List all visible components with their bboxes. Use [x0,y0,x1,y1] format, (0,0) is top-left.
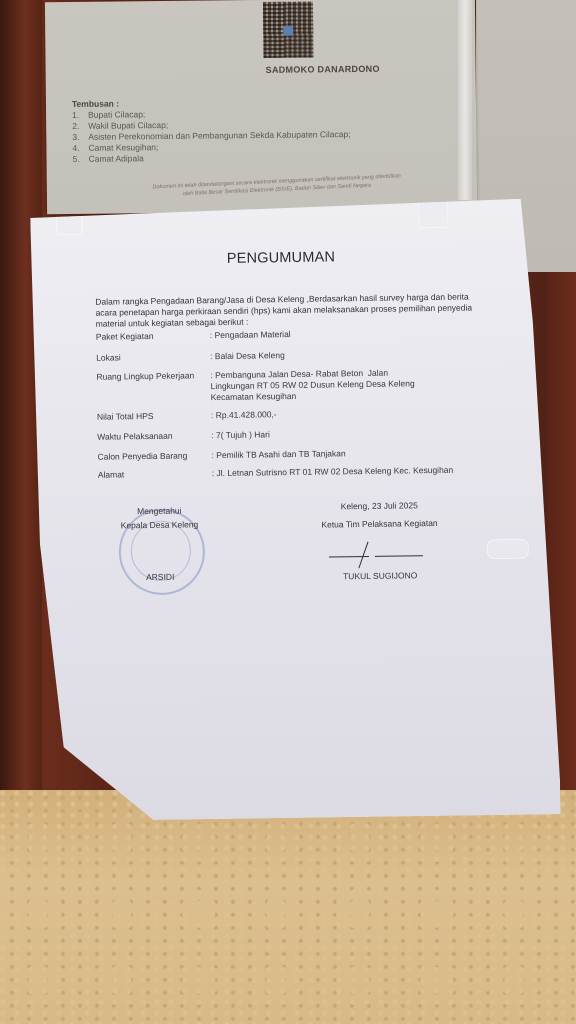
village-head-name: ARSIDI [105,571,215,583]
tape-side [487,539,529,560]
announcement-paper: PENGUMUMAN Dalam rangka Pengadaan Barang… [30,198,561,821]
place-date: Keleng, 23 Juli 2025 [304,500,454,512]
field-calon-penyedia: Calon Penyedia Barang: Pemilik TB Asahi … [97,446,481,462]
signature-block-left: Mengetahui Kepala Desa Keleng ARSIDI [104,505,215,583]
notice-intro: Dalam rangka Pengadaan Barang/Jasa di De… [95,291,475,329]
qr-logo-icon [283,26,293,36]
cc-list: Tembusan : 1.Bupati Cilacap; 2.Wakil Bup… [72,96,351,165]
field-ruang-lingkup: Ruang Lingkup Pekerjaan: Pembanguna Jala… [96,367,425,405]
field-alamat: Alamat: Jl. Letnan Sutrisno RT 01 RW 02 … [98,464,482,480]
signature-block-right: Keleng, 23 Juli 2025 Ketua Tim Pelaksana… [304,500,455,582]
acknowledged-label: Mengetahui [104,505,214,517]
qr-code [263,1,314,58]
village-head-title: Kepala Desa Keleng [104,519,214,531]
cc-items: 1.Bupati Cilacap; 2.Wakil Bupati Cilacap… [72,107,351,165]
field-lokasi: Lokasi: Balai Desa Keleng [96,347,480,363]
old-document-signer: SADMOKO DANARDONO [266,64,380,75]
plastic-sheen [458,0,472,200]
committee-head-name: TUKUL SUGIJONO [305,570,455,582]
notice-title: PENGUMUMAN [227,249,336,267]
field-waktu: Waktu Pelaksanaan: 7( Tujuh ) Hari [97,426,481,442]
committee-role: Ketua Tim Pelaksana Kegiatan [304,518,454,530]
old-document: SADMOKO DANARDONO Tembusan : 1.Bupati Ci… [45,0,477,214]
wall [0,790,576,1024]
esign-footnote: Dokumen ini telah ditandatangani secara … [147,172,407,200]
field-nilai-hps: Nilai Total HPS: Rp.41.428.000,- [97,406,481,422]
cc-item: 5.Camat Adipala [72,151,350,165]
